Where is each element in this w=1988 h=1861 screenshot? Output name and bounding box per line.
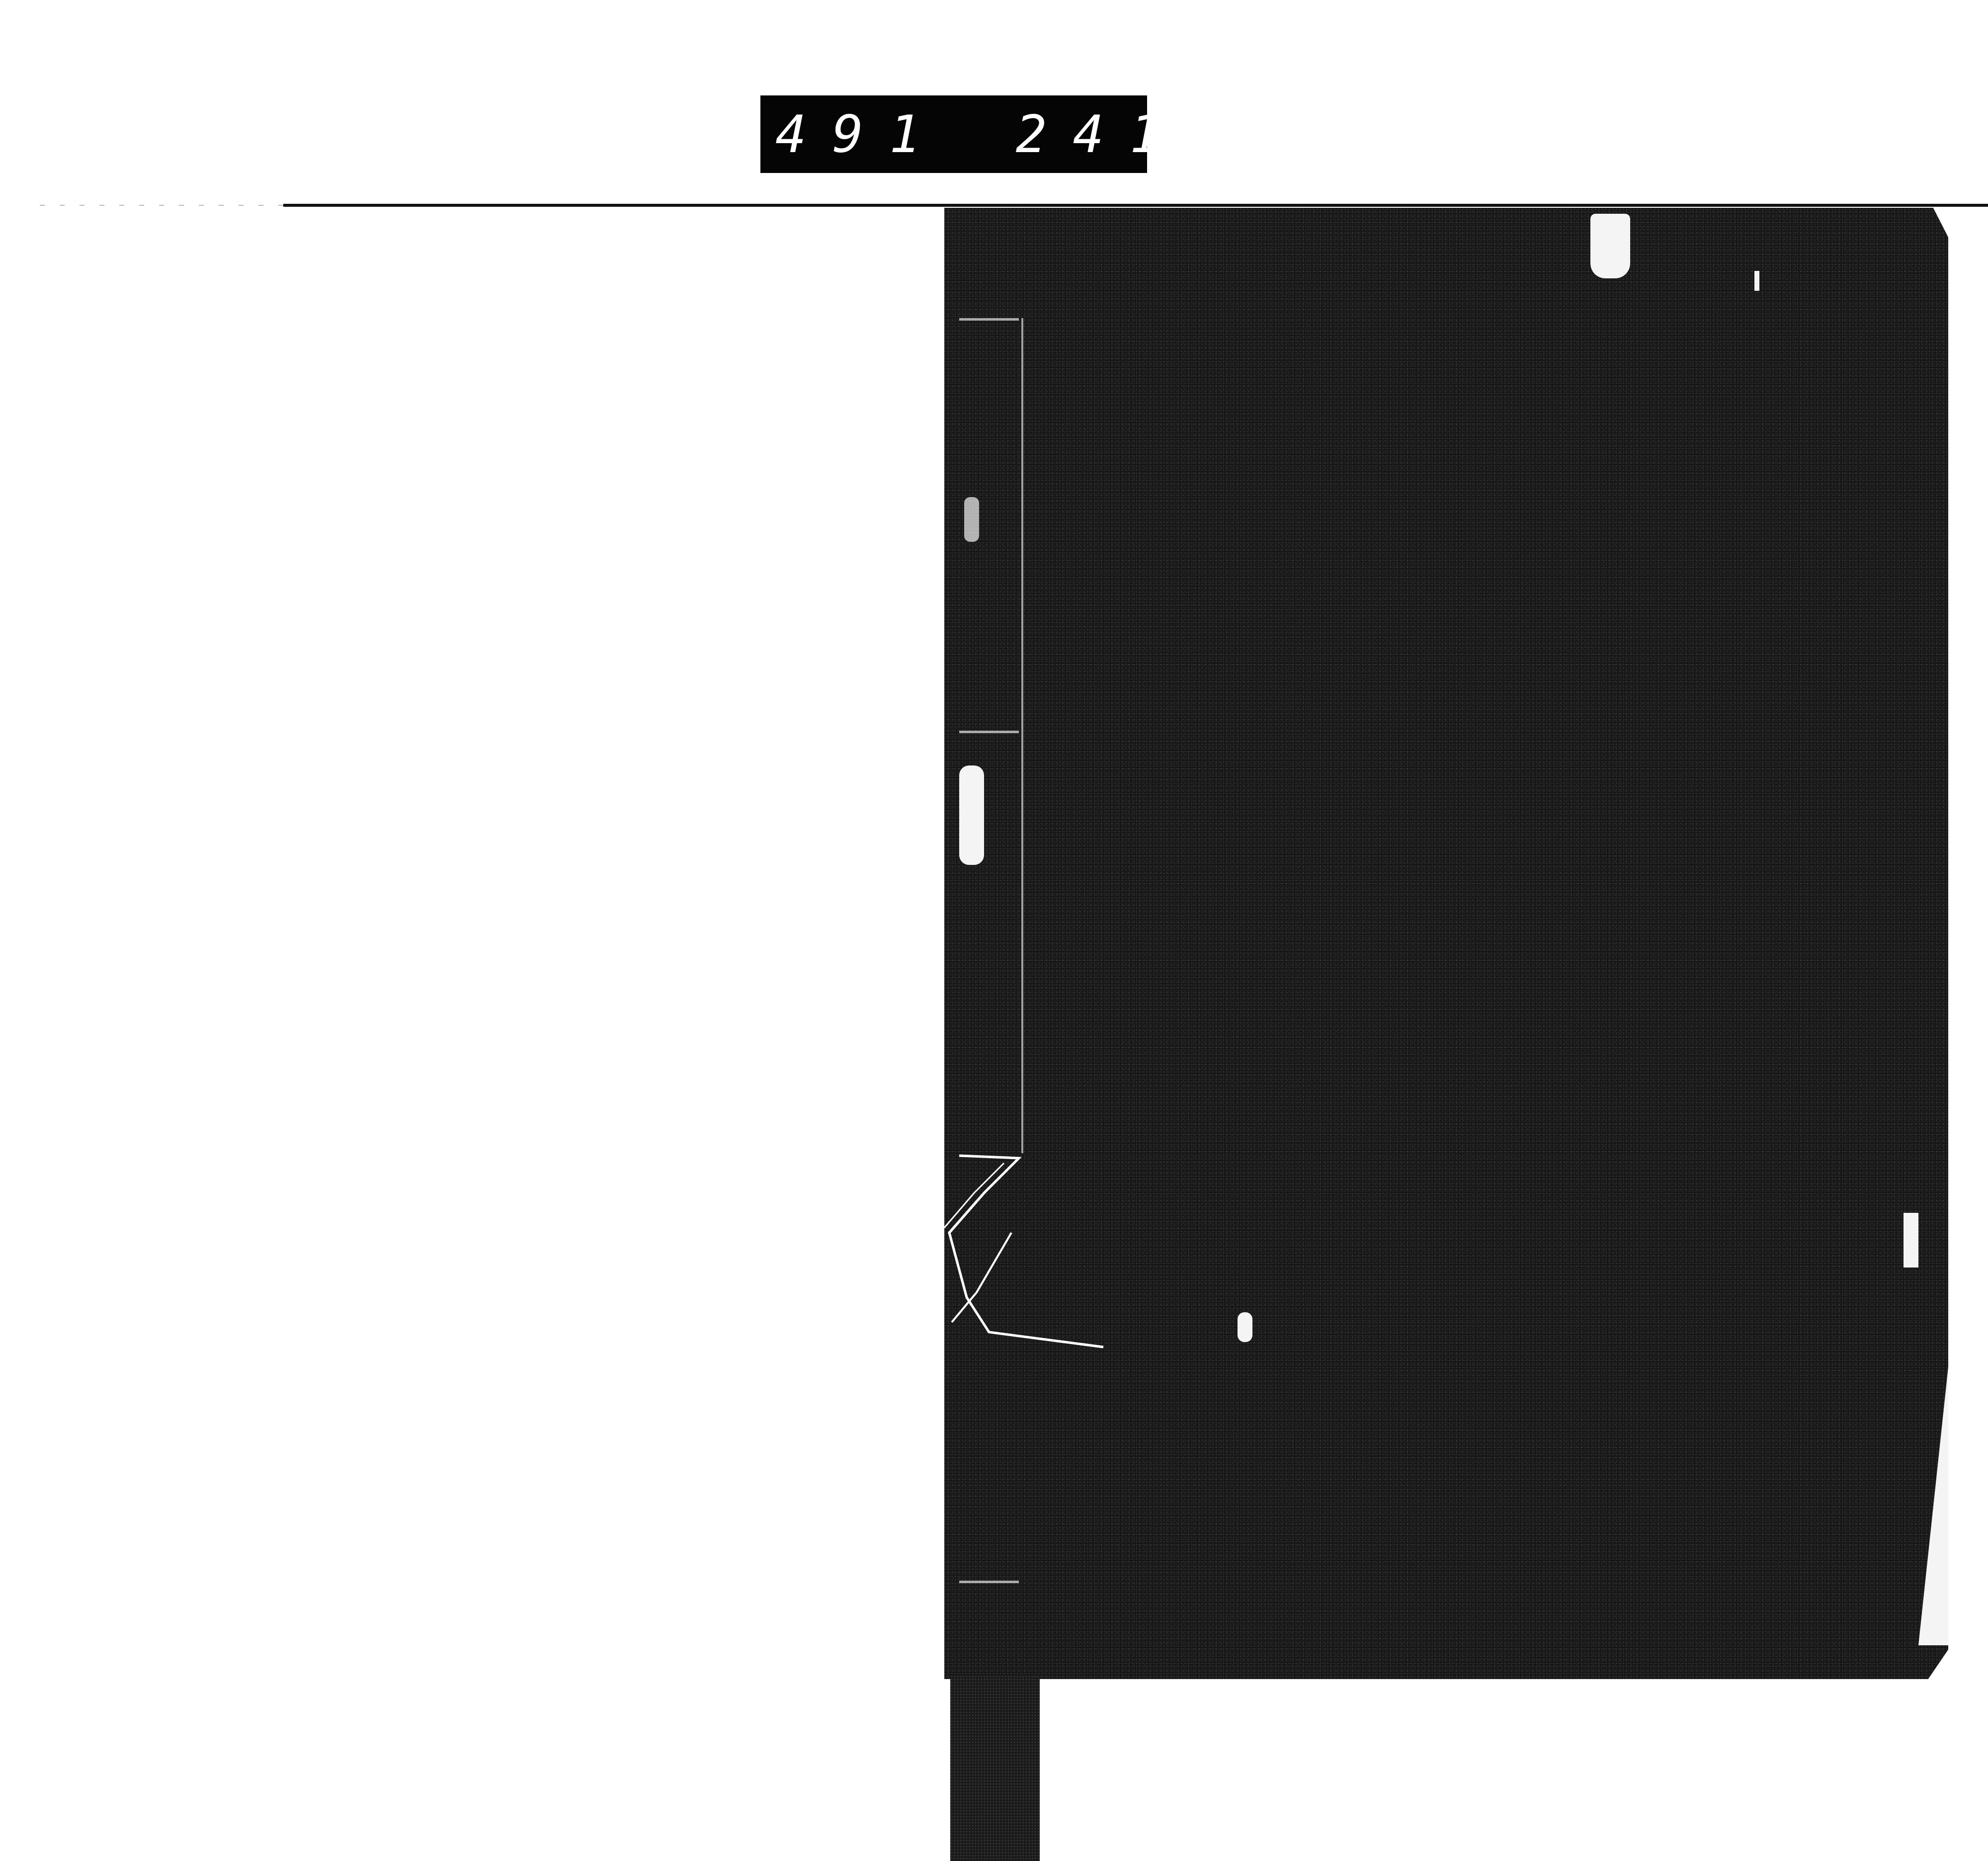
horizontal-rule: [283, 204, 1988, 207]
book-cover: [944, 208, 1948, 1679]
spine-groove-line: [1021, 318, 1023, 1153]
spine-band-top: [959, 318, 1019, 321]
spine-band-bottom: [959, 1581, 1019, 1583]
frame-number-right: 241.: [1016, 108, 1243, 160]
spine-wear-mark-upper: [964, 497, 979, 542]
frame-number-left: 491: [775, 108, 946, 160]
frame-number-label: 491 241.: [760, 95, 1147, 173]
book-spine-lower: [950, 1675, 1040, 1861]
faint-dashed-line: [40, 205, 283, 206]
cover-wear-spot: [1238, 1312, 1252, 1342]
binding-thread: [885, 1133, 1123, 1372]
cover-wear-small: [1754, 271, 1759, 291]
spine-band-middle: [959, 731, 1019, 733]
spine-wear-mark: [959, 765, 984, 865]
cover-wear-right: [1904, 1213, 1918, 1268]
cover-wear-top: [1590, 214, 1630, 278]
